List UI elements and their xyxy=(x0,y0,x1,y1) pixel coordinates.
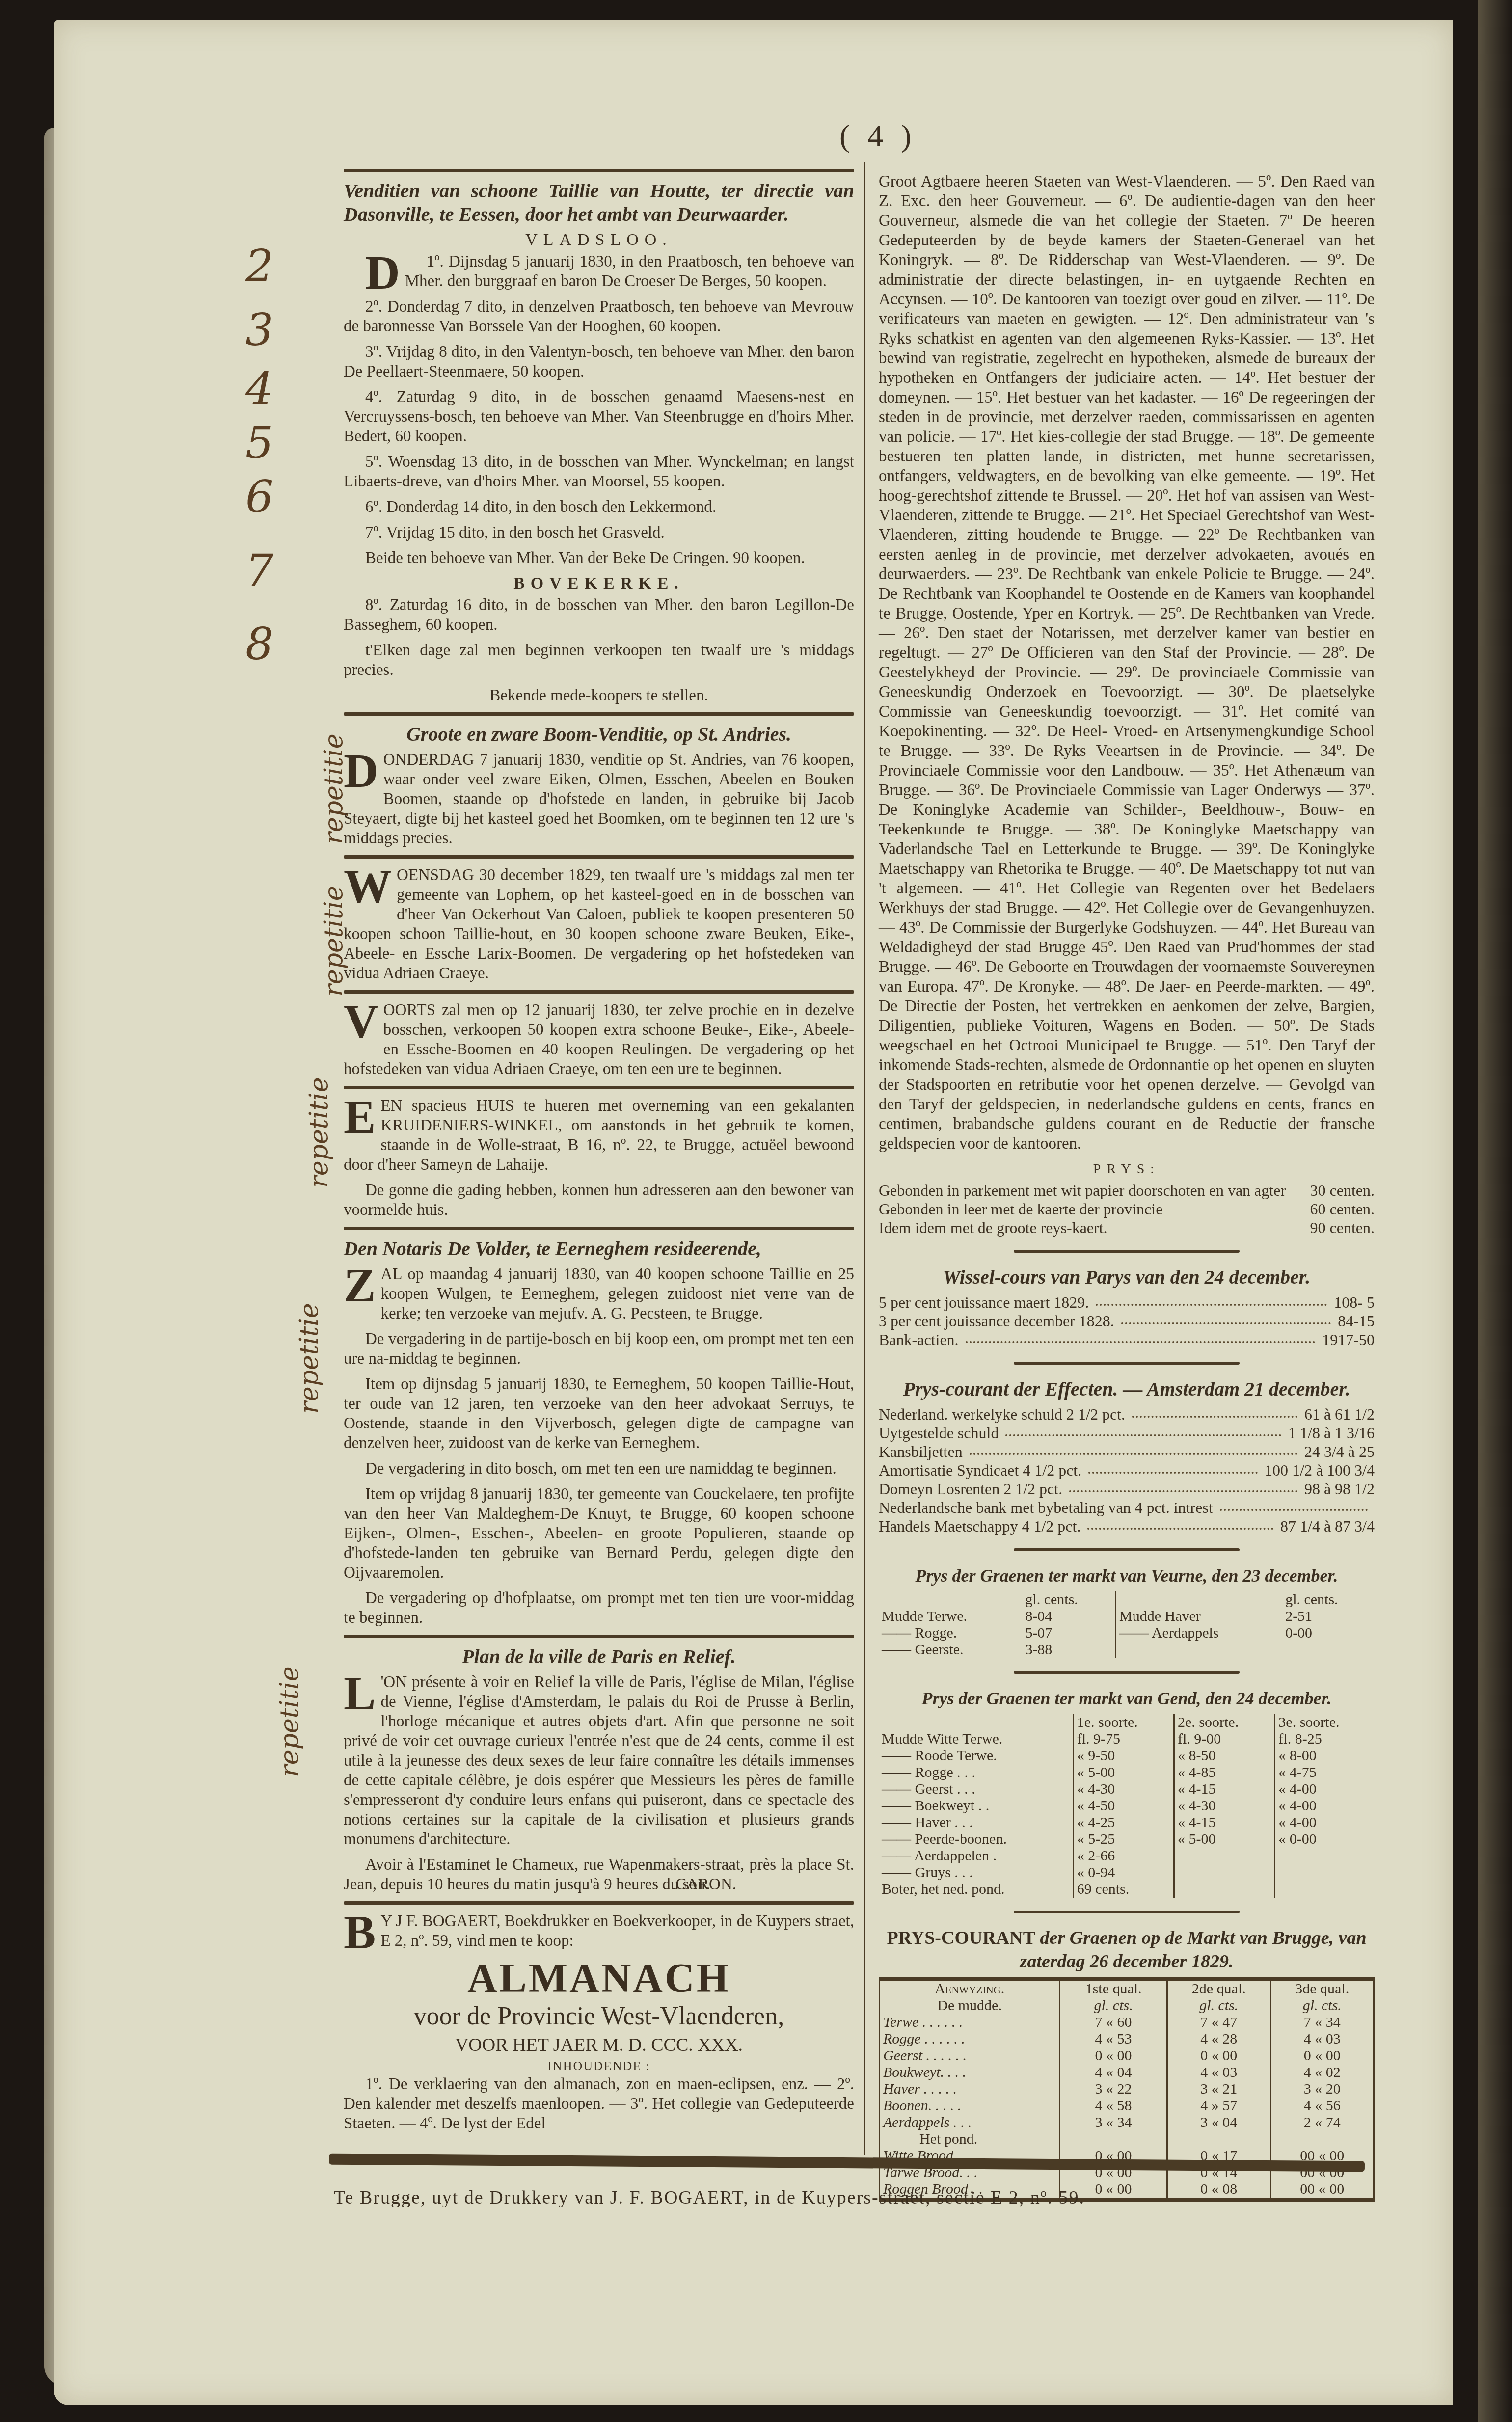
sale-item: 1º. Dijnsdag 5 januarij 1830, in den Pra… xyxy=(405,253,854,290)
section-title: Prys der Graenen ter markt van Gend, den… xyxy=(879,1687,1375,1710)
rule xyxy=(344,1635,854,1638)
col-header: 1ste qual. xyxy=(1060,1979,1167,1998)
ad-huis-te-hueren: EEN spacieus HUIS te hueren met overnemi… xyxy=(344,1096,854,1220)
rate-value: 84-15 xyxy=(1338,1312,1375,1330)
table-row: Mudde Witte Terwe.fl. 9-75fl. 9-00fl. 8-… xyxy=(879,1731,1375,1748)
table-row: —— Boekweyt . .« 4-50« 4-30« 4-00 xyxy=(879,1798,1375,1814)
table-row: Terwe . . . . . .7 « 607 « 477 « 34 xyxy=(880,2014,1374,2031)
rate-value: 61 à 61 1/2 xyxy=(1304,1405,1375,1424)
grain-label: Mudde Haver xyxy=(1116,1608,1283,1625)
rate-label: Amortisatie Syndicaet 4 1/2 pct. xyxy=(879,1461,1081,1480)
leader-dots xyxy=(1005,1424,1281,1436)
col-header: 2e. soorte. xyxy=(1174,1714,1275,1731)
ad-almanach: BY J F. BOGAERT, Boekdrukker en Boekverk… xyxy=(344,1911,854,2133)
rate-label: Nederland. werkelyke schuld 2 1/2 pct. xyxy=(879,1405,1125,1424)
dropcap: W xyxy=(344,866,392,907)
ad-title: Venditien van schoone Taillie van Houtte… xyxy=(344,179,854,226)
section-title: Prys-courant der Effecten. — Amsterdam 2… xyxy=(879,1377,1375,1401)
book-edge-right xyxy=(1478,0,1512,2422)
margin-note-repetitie: repetitie xyxy=(275,1666,304,1777)
dropcap: E xyxy=(344,1097,376,1137)
right-column: Groot Agtbaere heeren Staeten van West-V… xyxy=(879,162,1375,2202)
table-row: Boonen. . . . .4 « 584 » 574 « 56 xyxy=(880,2098,1374,2114)
rate-row: Nederlandsche bank met bybetaling van 4 … xyxy=(879,1498,1375,1517)
grain-label: —— Geerste. xyxy=(879,1642,1022,1658)
rule xyxy=(1014,1911,1240,1913)
almanach-contents-continued: Groot Agtbaere heeren Staeten van West-V… xyxy=(879,172,1375,1154)
price-value: 30 centen. xyxy=(1310,1181,1375,1200)
rate-value: 98 à 98 1/2 xyxy=(1304,1480,1375,1498)
wissel-cours: Wissel-cours van Parys van den 24 decemb… xyxy=(879,1265,1375,1349)
rule xyxy=(1014,1548,1240,1551)
ad-body: EN spacieus HUIS te hueren met overnemin… xyxy=(344,1097,854,1174)
rate-row: Handels Maetschappy 4 1/2 pct.87 1/4 à 8… xyxy=(879,1517,1375,1535)
table-row: —— Geerst . . .« 4-30« 4-15« 4-00 xyxy=(879,1781,1375,1798)
ad-title: Groote en zware Boom-Venditie, op St. An… xyxy=(344,723,854,746)
table-row: Rogge . . . . . .4 « 534 « 284 « 03 xyxy=(880,2031,1374,2047)
ad-body: De vergadering in dito bosch, om met ten… xyxy=(344,1459,854,1479)
margin-number: 8 xyxy=(245,619,273,670)
leader-dots xyxy=(1069,1480,1297,1492)
veurne-table: gl. cents.gl. cents. Mudde Terwe.8-04Mud… xyxy=(879,1591,1375,1658)
sale-item: 3º. Vrijdag 8 dito, in den Valentyn-bosc… xyxy=(344,342,854,381)
ad-venditien-dasonville: Venditien van schoone Taillie van Houtte… xyxy=(344,179,854,705)
rule xyxy=(1014,1362,1240,1365)
rate-row: Amortisatie Syndicaet 4 1/2 pct.100 1/2 … xyxy=(879,1461,1375,1480)
rate-label: 3 per cent jouissance december 1828. xyxy=(879,1312,1114,1330)
price-value: 60 centen. xyxy=(1310,1200,1375,1218)
ad-body: Item op vrijdag 8 januarij 1830, ter gem… xyxy=(344,1484,854,1583)
rule xyxy=(344,990,854,994)
table-row: Haver . . . . .3 « 223 « 213 « 20 xyxy=(880,2081,1374,2098)
ad-boom-venditie: Groote en zware Boom-Venditie, op St. An… xyxy=(344,723,854,848)
ad-title: Plan de la ville de Paris en Relief. xyxy=(344,1645,854,1668)
ad-notaris-de-volder: Den Notaris De Volder, te Eerneghem resi… xyxy=(344,1237,854,1628)
dropcap: D xyxy=(344,751,378,791)
section-title: Wissel-cours van Parys van den 24 decemb… xyxy=(879,1265,1375,1289)
sale-item: 5º. Woensdag 13 dito, in de bosschen van… xyxy=(344,452,854,491)
rate-label: Handels Maetschappy 4 1/2 pct. xyxy=(879,1517,1080,1535)
rate-label: Uytgestelde schuld xyxy=(879,1424,999,1442)
price-heading: PRYS: xyxy=(879,1159,1375,1179)
dropcap: D xyxy=(344,253,400,293)
rate-label: Domeyn Losrenten 2 1/2 pct. xyxy=(879,1480,1062,1498)
rate-value: 87 1/4 à 87 3/4 xyxy=(1280,1517,1375,1535)
rate-label: Nederlandsche bank met bybetaling van 4 … xyxy=(879,1498,1213,1517)
rate-value: 100 1/2 à 100 3/4 xyxy=(1265,1461,1375,1480)
unit-header: gl. cents. xyxy=(1282,1591,1375,1608)
unit-header: gl. cents. xyxy=(1022,1591,1115,1608)
leader-dots xyxy=(1132,1405,1297,1418)
margin-number: 3 xyxy=(245,304,273,356)
table-row: —— Peerde-boonen.« 5-25« 5-00« 0-00 xyxy=(879,1831,1375,1848)
leader-dots xyxy=(1087,1517,1273,1530)
price-row: Gebonden in leer met de kaerte der provi… xyxy=(879,1200,1375,1218)
printer-imprint: Te Brugge, uyt de Drukkery van J. F. BOG… xyxy=(334,2187,1365,2208)
graenen-gend: Prys der Graenen ter markt van Gend, den… xyxy=(879,1687,1375,1898)
leader-dots xyxy=(966,1330,1316,1343)
almanach-contents-label: INHOUDENDE : xyxy=(344,2058,854,2074)
column-separator xyxy=(864,162,865,2155)
rate-value: 24 3/4 à 25 xyxy=(1304,1442,1375,1461)
ad-body: 'ON présente à voir en Relief la ville d… xyxy=(344,1673,854,1848)
col-header xyxy=(879,1714,1073,1731)
almanach-year: VOOR HET JAER M. D. CCC. XXX. xyxy=(344,2032,854,2058)
rate-row: Kansbiljetten24 3/4 à 25 xyxy=(879,1442,1375,1461)
margin-note-repetitie: repetitie xyxy=(295,1303,324,1414)
grain-label: Mudde Terwe. xyxy=(879,1608,1022,1625)
rate-row: 3 per cent jouissance december 1828.84-1… xyxy=(879,1312,1375,1330)
rule xyxy=(344,1227,854,1230)
ad-body: OORTS zal men op 12 januarij 1830, ter z… xyxy=(344,1001,854,1078)
rule xyxy=(344,1086,854,1089)
ad-body: ONDERDAG 7 januarij 1830, venditie op St… xyxy=(344,751,854,847)
place-heading: VLADSLOO. xyxy=(344,230,854,250)
graenen-veurne: Prys der Graenen ter markt van Veurne, d… xyxy=(879,1564,1375,1658)
rule xyxy=(1014,1671,1240,1674)
col-header: 3e. soorte. xyxy=(1275,1714,1375,1731)
sale-note: t'Elken dage zal men beginnen verkoopen … xyxy=(344,641,854,680)
col-subheader: gl. cts. xyxy=(1060,1997,1167,2014)
rate-row: Uytgestelde schuld1 1/8 à 1 3/16 xyxy=(879,1424,1375,1442)
col-header: 2de qual. xyxy=(1167,1979,1270,1998)
sale-item: 6º. Donderdag 14 dito, in den bosch den … xyxy=(344,497,854,517)
col-header: 3de qual. xyxy=(1270,1979,1374,1998)
sale-item: 2º. Donderdag 7 dito, in denzelven Praat… xyxy=(344,297,854,336)
sale-item: 8º. Zaturdag 16 dito, in de bosschen van… xyxy=(344,595,854,635)
rule xyxy=(1014,1250,1240,1253)
ad-body: OENSDAG 30 december 1829, ten twaalf ure… xyxy=(344,866,854,982)
col-header: Aenwyzing. xyxy=(880,1979,1060,1998)
leader-dots xyxy=(970,1442,1297,1455)
sale-item: Beide ten behoeve van Mher. Van der Beke… xyxy=(344,548,854,568)
ad-body: Item op dijnsdag 5 januarij 1830, te Eer… xyxy=(344,1374,854,1453)
rate-row: Domeyn Losrenten 2 1/2 pct.98 à 98 1/2 xyxy=(879,1480,1375,1498)
almanach-title: ALMANACH xyxy=(344,1957,854,2001)
price-label: Idem idem met de groote reys-kaert. xyxy=(879,1218,1107,1237)
grain-value: 3-88 xyxy=(1022,1642,1115,1658)
price-value: 90 centen. xyxy=(1310,1218,1375,1237)
grain-value: 2-51 xyxy=(1282,1608,1375,1625)
ad-body: AL op maandag 4 januarij 1830, van 40 ko… xyxy=(380,1265,854,1322)
leader-dots xyxy=(1220,1498,1368,1511)
table-row: —— Aerdappelen .« 2-66 xyxy=(879,1848,1375,1864)
price-row: Idem idem met de groote reys-kaert. 90 c… xyxy=(879,1218,1375,1237)
section-title: PRYS-COURANT der Graenen op de Markt van… xyxy=(879,1926,1375,1973)
grain-value: 8-04 xyxy=(1022,1608,1115,1625)
col-subheader: gl. cts. xyxy=(1270,1997,1374,2014)
margin-number: 4 xyxy=(245,363,273,415)
rule xyxy=(344,855,854,859)
dropcap: B xyxy=(344,1912,376,1953)
table-row: —— Gruys . . .« 0-94 xyxy=(879,1864,1375,1881)
price-label: Gebonden in parkement met wit papier doo… xyxy=(879,1181,1286,1200)
grain-label: —— Aerdappels xyxy=(1116,1625,1283,1642)
gend-table: 1e. soorte.2e. soorte.3e. soorte. Mudde … xyxy=(879,1714,1375,1898)
prys-courant-effecten: Prys-courant der Effecten. — Amsterdam 2… xyxy=(879,1377,1375,1535)
almanach-subtitle: voor de Provincie West-Vlaenderen, xyxy=(344,2001,854,2032)
dropcap: V xyxy=(344,1001,378,1042)
table-row: Geerst . . . . . .0 « 000 « 000 « 00 xyxy=(880,2047,1374,2064)
price-label: Gebonden in leer met de kaerte der provi… xyxy=(879,1200,1162,1218)
col-subheader: gl. cts. xyxy=(1167,1997,1270,2014)
dropcap: Z xyxy=(344,1265,376,1306)
leader-dots xyxy=(1088,1461,1258,1474)
page-number: ( 4 ) xyxy=(839,118,917,154)
col-header: 1e. soorte. xyxy=(1073,1714,1174,1731)
leader-dots xyxy=(1096,1293,1327,1306)
ad-body: De gonne die gading hebben, konnen hun a… xyxy=(344,1181,854,1220)
col-subheader: De mudde. xyxy=(880,1997,1060,2014)
rule xyxy=(344,1901,854,1905)
dropcap: L xyxy=(344,1673,376,1714)
almanach-contents: 1º. De verklaering van den almanach, zon… xyxy=(344,2074,854,2133)
rate-row: Bank-actien.1917-50 xyxy=(879,1330,1375,1349)
ad-body: De vergadering op d'hofplaatse, om promp… xyxy=(344,1588,854,1628)
ad-plan-de-paris: Plan de la ville de Paris en Relief. L'O… xyxy=(344,1645,854,1894)
place-heading: BOVEKERKE. xyxy=(344,574,854,593)
table-row: Aerdappels . . .3 « 343 « 042 « 74 xyxy=(880,2114,1374,2131)
section-title: Prys der Graenen ter markt van Veurne, d… xyxy=(879,1564,1375,1588)
rate-row: Nederland. werkelyke schuld 2 1/2 pct.61… xyxy=(879,1405,1375,1424)
leader-dots xyxy=(1121,1312,1331,1324)
table-row: Boter, het ned. pond.69 cents. xyxy=(879,1881,1375,1898)
ad-lophem: WOENSDAG 30 december 1829, ten twaalf ur… xyxy=(344,865,854,983)
left-column: Venditien van schoone Taillie van Houtte… xyxy=(344,162,854,2139)
sale-item: 4º. Zaturdag 9 dito, in de bosschen gena… xyxy=(344,387,854,446)
margin-note-repetitie: repetitie xyxy=(304,1077,334,1188)
rate-label: 5 per cent jouissance maert 1829. xyxy=(879,1293,1089,1312)
grain-label: —— Rogge. xyxy=(879,1625,1022,1642)
table-row: —— Roode Terwe.« 9-50« 8-50« 8-00 xyxy=(879,1748,1375,1764)
table-row: Boukweyt. . . .4 « 044 « 034 « 02 xyxy=(880,2064,1374,2081)
price-row: Gebonden in parkement met wit papier doo… xyxy=(879,1181,1375,1200)
margin-number: 7 xyxy=(245,545,273,596)
rule xyxy=(344,169,854,172)
ad-body: Y J F. BOGAERT, Boekdrukker en Boekverko… xyxy=(380,1912,854,1950)
margin-number: 6 xyxy=(245,471,273,523)
rate-value: 1917-50 xyxy=(1322,1330,1375,1349)
rule xyxy=(344,712,854,716)
rate-value: 108- 5 xyxy=(1334,1293,1375,1312)
rate-row: 5 per cent jouissance maert 1829.108- 5 xyxy=(879,1293,1375,1312)
ad-voorts: VOORTS zal men op 12 januarij 1830, ter … xyxy=(344,1000,854,1079)
margin-number: 5 xyxy=(245,417,273,469)
rate-value: 1 1/8 à 1 3/16 xyxy=(1288,1424,1375,1442)
table-row: —— Haver . . .« 4-25« 4-15« 4-00 xyxy=(879,1814,1375,1831)
rate-label: Kansbiljetten xyxy=(879,1442,963,1461)
closing-line: Bekende mede-koopers te stellen. xyxy=(344,686,854,705)
grain-value: 5-07 xyxy=(1022,1625,1115,1642)
table-row: Het pond. xyxy=(880,2131,1374,2148)
sale-item: 7º. Vrijdag 15 dito, in den bosch het Gr… xyxy=(344,523,854,542)
table-row: —— Rogge . . .« 5-00« 4-85« 4-75 xyxy=(879,1764,1375,1781)
ad-title: Den Notaris De Volder, te Eerneghem resi… xyxy=(344,1237,854,1261)
title-caps: PRYS-COURANT xyxy=(887,1928,1035,1948)
rate-label: Bank-actien. xyxy=(879,1330,959,1349)
title-rest: der Graenen op de Markt van Brugge, van … xyxy=(1020,1928,1367,1972)
ad-body: De vergadering in de partije-bosch en bi… xyxy=(344,1329,854,1369)
grain-value: 0-00 xyxy=(1282,1625,1375,1642)
margin-number: 2 xyxy=(245,241,273,292)
